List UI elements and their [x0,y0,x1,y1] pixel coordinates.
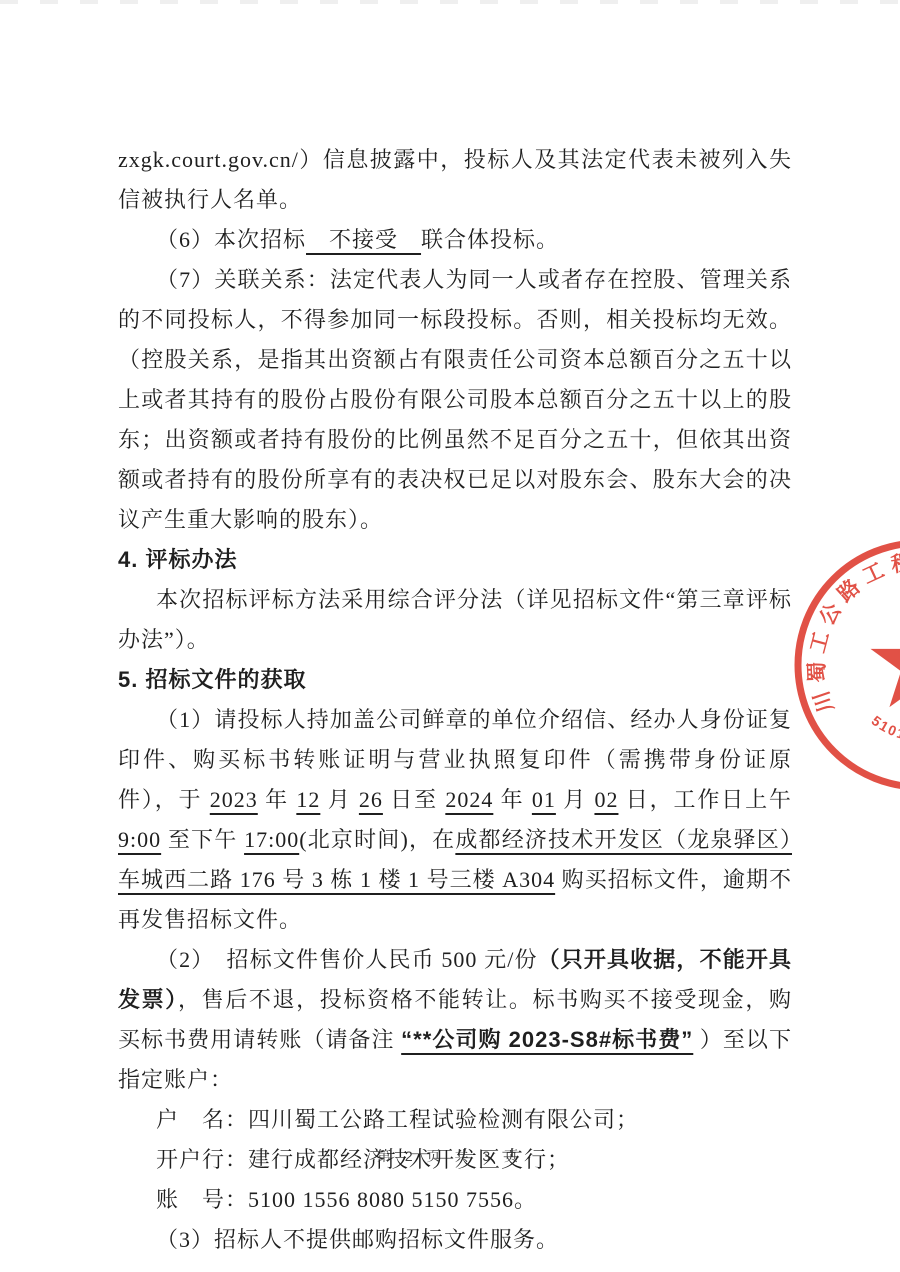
para-item-7: （7）关联关系：法定代表人为同一人或者存在控股、管理关系的不同投标人，不得参加同… [118,260,792,540]
para-item-1: （1）请投标人持加盖公司鲜章的单位介绍信、经办人身份证复印件、购买标书转账证明与… [118,700,792,940]
text-segment: (北京时间)，在 [299,827,455,852]
text-segment: 账 号：5100 1556 8080 5150 7556。 [156,1187,537,1212]
para-credit-disclosure: zxgk.court.gov.cn/）信息披露中，投标人及其法定代表未被列入失信… [118,140,792,220]
text-segment: 12 [296,787,320,812]
text-segment: 2023 [210,787,258,812]
seal-ring [798,543,900,787]
text-segment: （6）本次招标 [156,227,306,252]
text-segment: （2） 招标文件售价人民币 500 元/份 [156,947,538,972]
scan-artifact [0,0,900,4]
svg-text:51010083029: 51010083029 [869,712,900,744]
text-segment: 9:00 [118,827,161,852]
para-evaluation-method: 本次招标评标方法采用综合评分法（详见招标文件“第三章评标办法”）。 [118,580,792,660]
text-segment: 不接受 [306,227,421,252]
text-segment: （3）招标人不提供邮购招标文件服务。 [156,1227,559,1252]
text-segment: 年 [493,787,532,812]
line-account-number: 账 号：5100 1556 8080 5150 7556。 [118,1180,792,1220]
text-segment: 月 [320,787,359,812]
text-segment: 本次招标评标方法采用综合评分法（详见招标文件“第三章评标办法”）。 [118,587,792,652]
text-segment: 2024 [445,787,493,812]
text-segment: 26 [359,787,383,812]
page: { "page": { "footer": "第 2 页 共 3 页" }, "… [0,0,900,1272]
text-segment: zxgk.court.gov.cn/）信息披露中，投标人及其法定代表未被列入失信… [118,147,792,212]
text-segment: 02 [594,787,618,812]
footer-page-number: 第 2 页 共 3 页 [0,1146,900,1166]
text-segment: 月 [556,787,595,812]
text-segment: 01 [532,787,556,812]
document-body: zxgk.court.gov.cn/）信息披露中，投标人及其法定代表未被列入失信… [118,140,792,1260]
text-segment: 日至 [383,787,445,812]
text-segment: 户 名：四川蜀工公路工程试验检测有限公司； [156,1107,639,1132]
text-segment: 4. 评标办法 [118,547,237,572]
line-account-name: 户 名：四川蜀工公路工程试验检测有限公司； [118,1100,792,1140]
seal-serial-number: 51010083029 [869,712,900,744]
company-seal: 四川蜀工公路工程试验检测有限公司 51010083029 [785,530,900,800]
seal-star-icon [871,613,900,707]
para-item-6: （6）本次招标 不接受 联合体投标。 [118,220,792,260]
heading-4-evaluation: 4. 评标办法 [118,540,792,580]
heading-5-document-obtain: 5. 招标文件的获取 [118,660,792,700]
para-item-2: （2） 招标文件售价人民币 500 元/份（只开具收据，不能开具发票），售后不退… [118,940,792,1100]
svg-text:四川蜀工公路工程试验检测有限公司: 四川蜀工公路工程试验检测有限公司 [785,530,900,715]
text-segment: 至下午 [161,827,244,852]
text-segment: 日，工作日上午 [618,787,791,812]
para-item-3: （3）招标人不提供邮购招标文件服务。 [118,1220,792,1260]
text-segment: “**公司购 2023-S8#标书费” [401,1027,693,1052]
seal-company-name: 四川蜀工公路工程试验检测有限公司 [785,530,900,715]
text-segment: 年 [258,787,297,812]
text-segment: 17:00 [244,827,299,852]
text-segment: （7）关联关系：法定代表人为同一人或者存在控股、管理关系的不同投标人，不得参加同… [118,267,792,532]
text-segment: 5. 招标文件的获取 [118,667,306,692]
text-segment: 联合体投标。 [421,227,559,252]
